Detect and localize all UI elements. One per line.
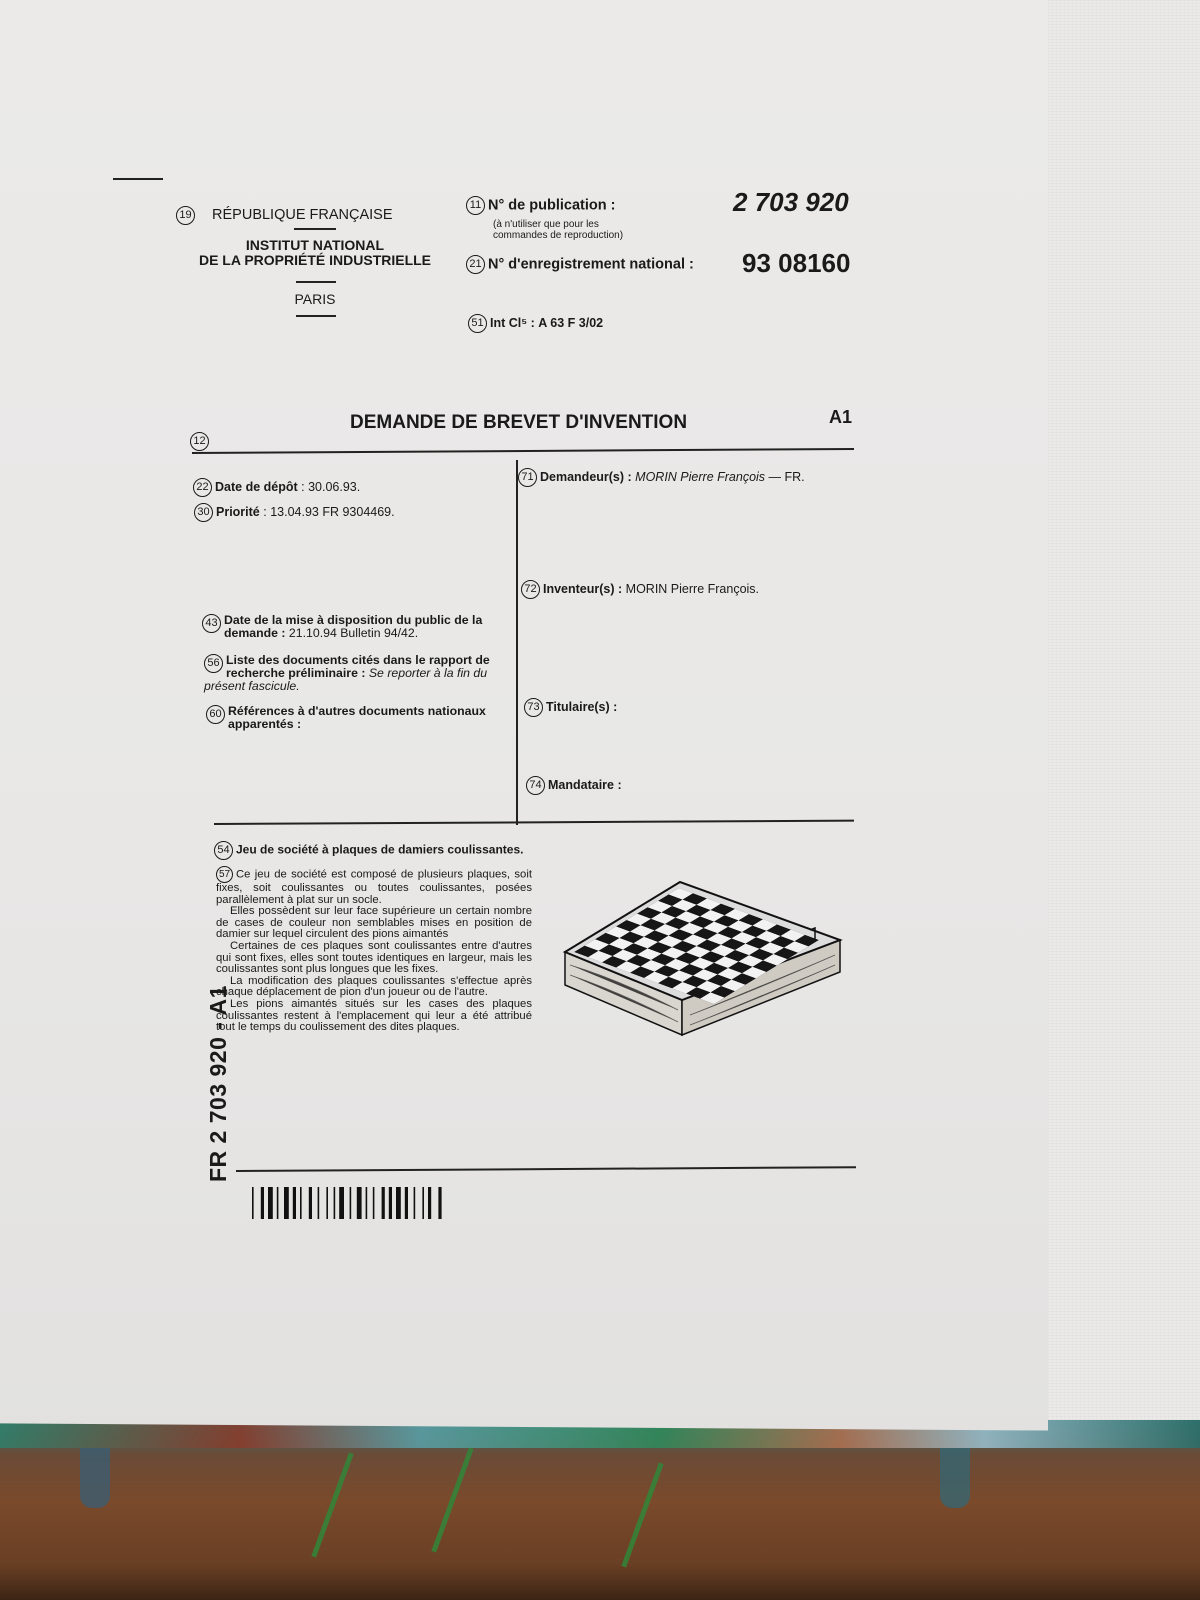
document-title: DEMANDE DE BREVET D'INVENTION: [350, 412, 687, 434]
field-publication-date: 43 Date de la mise à disposition du publ…: [202, 614, 502, 640]
field-national-references: 60 Références à d'autres documents natio…: [206, 705, 506, 731]
publication-number: 2 703 920: [733, 187, 849, 218]
registration-number-label: 21N° d'enregistrement national :: [466, 255, 694, 274]
kind-code: A1: [829, 407, 852, 428]
invention-title: 54Jeu de société à plaques de damiers co…: [214, 841, 523, 860]
institute-name: INSTITUT NATIONAL DE LA PROPRIÉTÉ INDUST…: [190, 238, 440, 268]
field-priority: 30Priorité : 13.04.93 FR 9304469.: [194, 503, 395, 522]
easel-ledge: [0, 1420, 1200, 1600]
side-document-code: FR 2 703 920 - A1: [205, 985, 232, 1182]
int-classification: 51Int Cl⁵ : A 63 F 3/02: [468, 314, 603, 333]
registration-number: 93 08160: [742, 248, 850, 279]
section-rule: [214, 820, 854, 825]
republic-label: RÉPUBLIQUE FRANÇAISE: [212, 207, 393, 223]
patent-document: 19 RÉPUBLIQUE FRANÇAISE INSTITUT NATIONA…: [0, 0, 1048, 1445]
canvas-background: [1048, 0, 1200, 1420]
margin-mark: [113, 178, 163, 180]
abstract: 57Ce jeu de société est composé de plusi…: [216, 866, 532, 1034]
field-agent: 74Mandataire :: [526, 776, 622, 795]
bottom-rule: [236, 1166, 856, 1171]
field-applicant: 71Demandeur(s) : MORIN Pierre François —…: [518, 468, 805, 487]
city-label: PARIS: [190, 291, 440, 307]
field-holder: 73Titulaire(s) :: [524, 698, 617, 717]
republic-line: 19 RÉPUBLIQUE FRANÇAISE: [176, 206, 393, 225]
field-cited-documents: 56 Liste des documents cités dans le rap…: [204, 654, 504, 693]
column-divider: [516, 460, 518, 825]
title-rule: [192, 448, 854, 454]
barcode: [252, 1187, 512, 1219]
publication-number-label: 11N° de publication :: [466, 196, 615, 215]
checkerboard-drawing: [560, 870, 845, 1040]
field-inventor: 72Inventeur(s) : MORIN Pierre François.: [521, 580, 759, 599]
field-filing-date: 22Date de dépôt : 30.06.93.: [193, 478, 360, 497]
publication-note: (à n'utiliser que pour les commandes de …: [493, 219, 623, 241]
code-12: 12: [190, 432, 212, 451]
code-circle-19: 19: [176, 206, 195, 225]
